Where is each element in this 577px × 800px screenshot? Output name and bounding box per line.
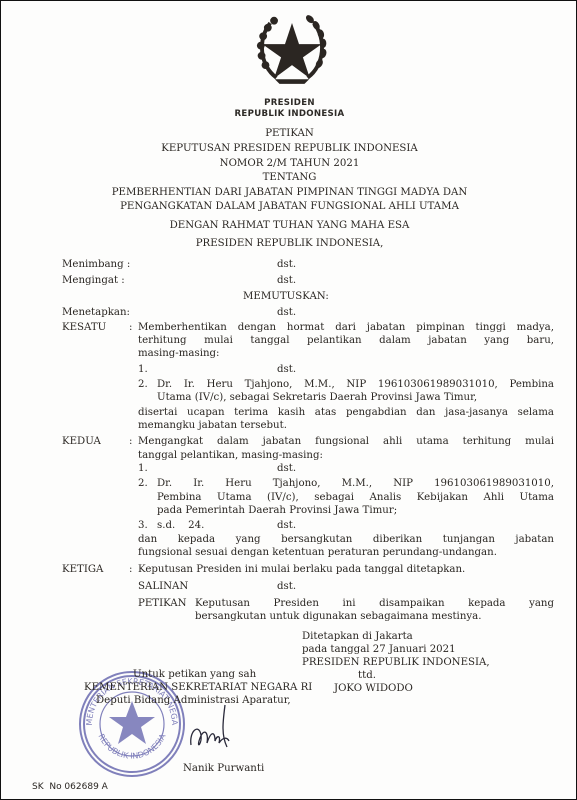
decree-title: KEPUTUSAN PRESIDEN REPUBLIK INDONESIA	[1, 143, 577, 154]
serial-number: SK No 062689 A	[32, 782, 108, 792]
ketiga-label: KETIGA	[62, 564, 103, 575]
salinan-label: SALINAN	[138, 581, 188, 592]
menetapkan-label: Menetapkan:	[62, 307, 130, 318]
decides-heading: MEMUTUSKAN:	[243, 291, 329, 302]
issuer: PRESIDEN REPUBLIK INDONESIA,	[1, 238, 577, 249]
kedua-item-2-line-2: Pembina Utama (IV/c), sebagai Analis Keb…	[157, 492, 554, 503]
kedua-item-2-line-3: pada Pemerintah Daerah Provinsi Jawa Tim…	[157, 505, 397, 516]
signed-mark: ttd.	[358, 670, 376, 681]
attestor-name: Nanik Purwanti	[183, 763, 264, 774]
svg-text:REPUBLIK INDONESIA: REPUBLIK INDONESIA	[96, 732, 167, 761]
mengingat-label: Mengingat :	[62, 275, 125, 286]
kedua-item-3-range: s.d. 24.	[157, 520, 204, 531]
signing-place: Ditetapkan di Jakarta	[302, 631, 413, 642]
menimbang-label: Menimbang :	[62, 259, 130, 270]
salinan-value: dst.	[277, 581, 296, 592]
kedua-line-1: Mengangkat dalam jabatan fungsional ahli…	[138, 436, 554, 447]
kedua-line-2: tanggal pelantikan, masing-masing:	[138, 450, 323, 461]
menetapkan-value: dst.	[277, 307, 296, 318]
decree-number: NOMOR 2/M TAHUN 2021	[1, 158, 577, 169]
petikan-line-1: Keputusan Presiden ini disampaikan kepad…	[195, 598, 554, 609]
garuda-star-emblem-icon	[253, 9, 331, 87]
kedua-item-3-text: dst.	[277, 520, 296, 531]
kedua-item-2-line-1: Dr. Ir. Heru Tjahjono, M.M., NIP 1961030…	[157, 478, 554, 489]
doc-type: PETIKAN	[1, 128, 577, 139]
kedua-label: KEDUA	[62, 436, 101, 447]
subject-line-1: PEMBERHENTIAN DARI JABATAN PIMPINAN TING…	[1, 187, 577, 198]
menimbang-value: dst.	[277, 259, 296, 270]
kesatu-line-3: masing-masing:	[138, 348, 219, 359]
kedua-item-2-num: 2.	[138, 478, 148, 489]
subject-line-2: PENGANGKATAN DALAM JABATAN FUNGSIONAL AH…	[1, 201, 577, 212]
institution-line-2: REPUBLIK INDONESIA	[1, 109, 577, 119]
mengingat-value: dst.	[277, 275, 296, 286]
kesatu-closing-line-1: disertai ucapan terima kasih atas pengab…	[138, 407, 554, 418]
kesatu-colon: :	[129, 322, 132, 333]
institution-line-1: PRESIDEN	[1, 98, 577, 108]
kedua-item-1-num: 1.	[138, 463, 148, 474]
kesatu-item-2-line-2: Utama (IV/c), sebagai Sekretaris Daerah …	[157, 392, 477, 403]
petikan-label: PETIKAN	[138, 598, 187, 609]
ketiga-colon: :	[129, 564, 132, 575]
ketiga-text: Keputusan Presiden ini mulai berlaku pad…	[138, 564, 465, 575]
kesatu-label: KESATU	[62, 322, 106, 333]
kedua-colon: :	[129, 436, 132, 447]
kesatu-item-1-text: dst.	[277, 364, 296, 375]
signing-date: pada tanggal 27 Januari 2021	[302, 644, 456, 655]
signatory-name: JOKO WIDODO	[334, 683, 413, 694]
kesatu-closing-line-2: memangku jabatan tersebut.	[138, 420, 287, 431]
kesatu-line-2: terhitung mulai tanggal pelantikan dalam…	[138, 335, 554, 346]
decree-document: PRESIDEN REPUBLIK INDONESIA PETIKAN KEPU…	[0, 0, 577, 800]
kedua-item-1-text: dst.	[277, 463, 296, 474]
invocation: DENGAN RAHMAT TUHAN YANG MAHA ESA	[1, 220, 577, 231]
about-label: TENTANG	[1, 172, 577, 183]
kesatu-item-2-num: 2.	[138, 379, 148, 390]
attestation-line-2: KEMENTERIAN SEKRETARIAT NEGARA RI	[84, 682, 312, 693]
kedua-closing-line-1: dan kepada yang bersangkutan diberikan t…	[138, 534, 554, 545]
petikan-line-2: bersangkutan untuk digunakan sebagaimana…	[195, 611, 481, 622]
kesatu-line-1: Memberhentikan dengan hormat dari jabata…	[138, 322, 554, 333]
kesatu-item-1-num: 1.	[138, 364, 148, 375]
handwritten-signature-icon	[185, 701, 245, 757]
signing-office: PRESIDEN REPUBLIK INDONESIA,	[302, 657, 490, 668]
kesatu-item-2-line-1: Dr. Ir. Heru Tjahjono, M.M., NIP 1961030…	[157, 379, 554, 390]
kedua-item-3-num: 3.	[138, 520, 148, 531]
attestation-line-1: Untuk petikan yang sah	[133, 669, 256, 680]
kedua-closing-line-2: fungsional sesuai dengan ketentuan perat…	[138, 547, 497, 558]
